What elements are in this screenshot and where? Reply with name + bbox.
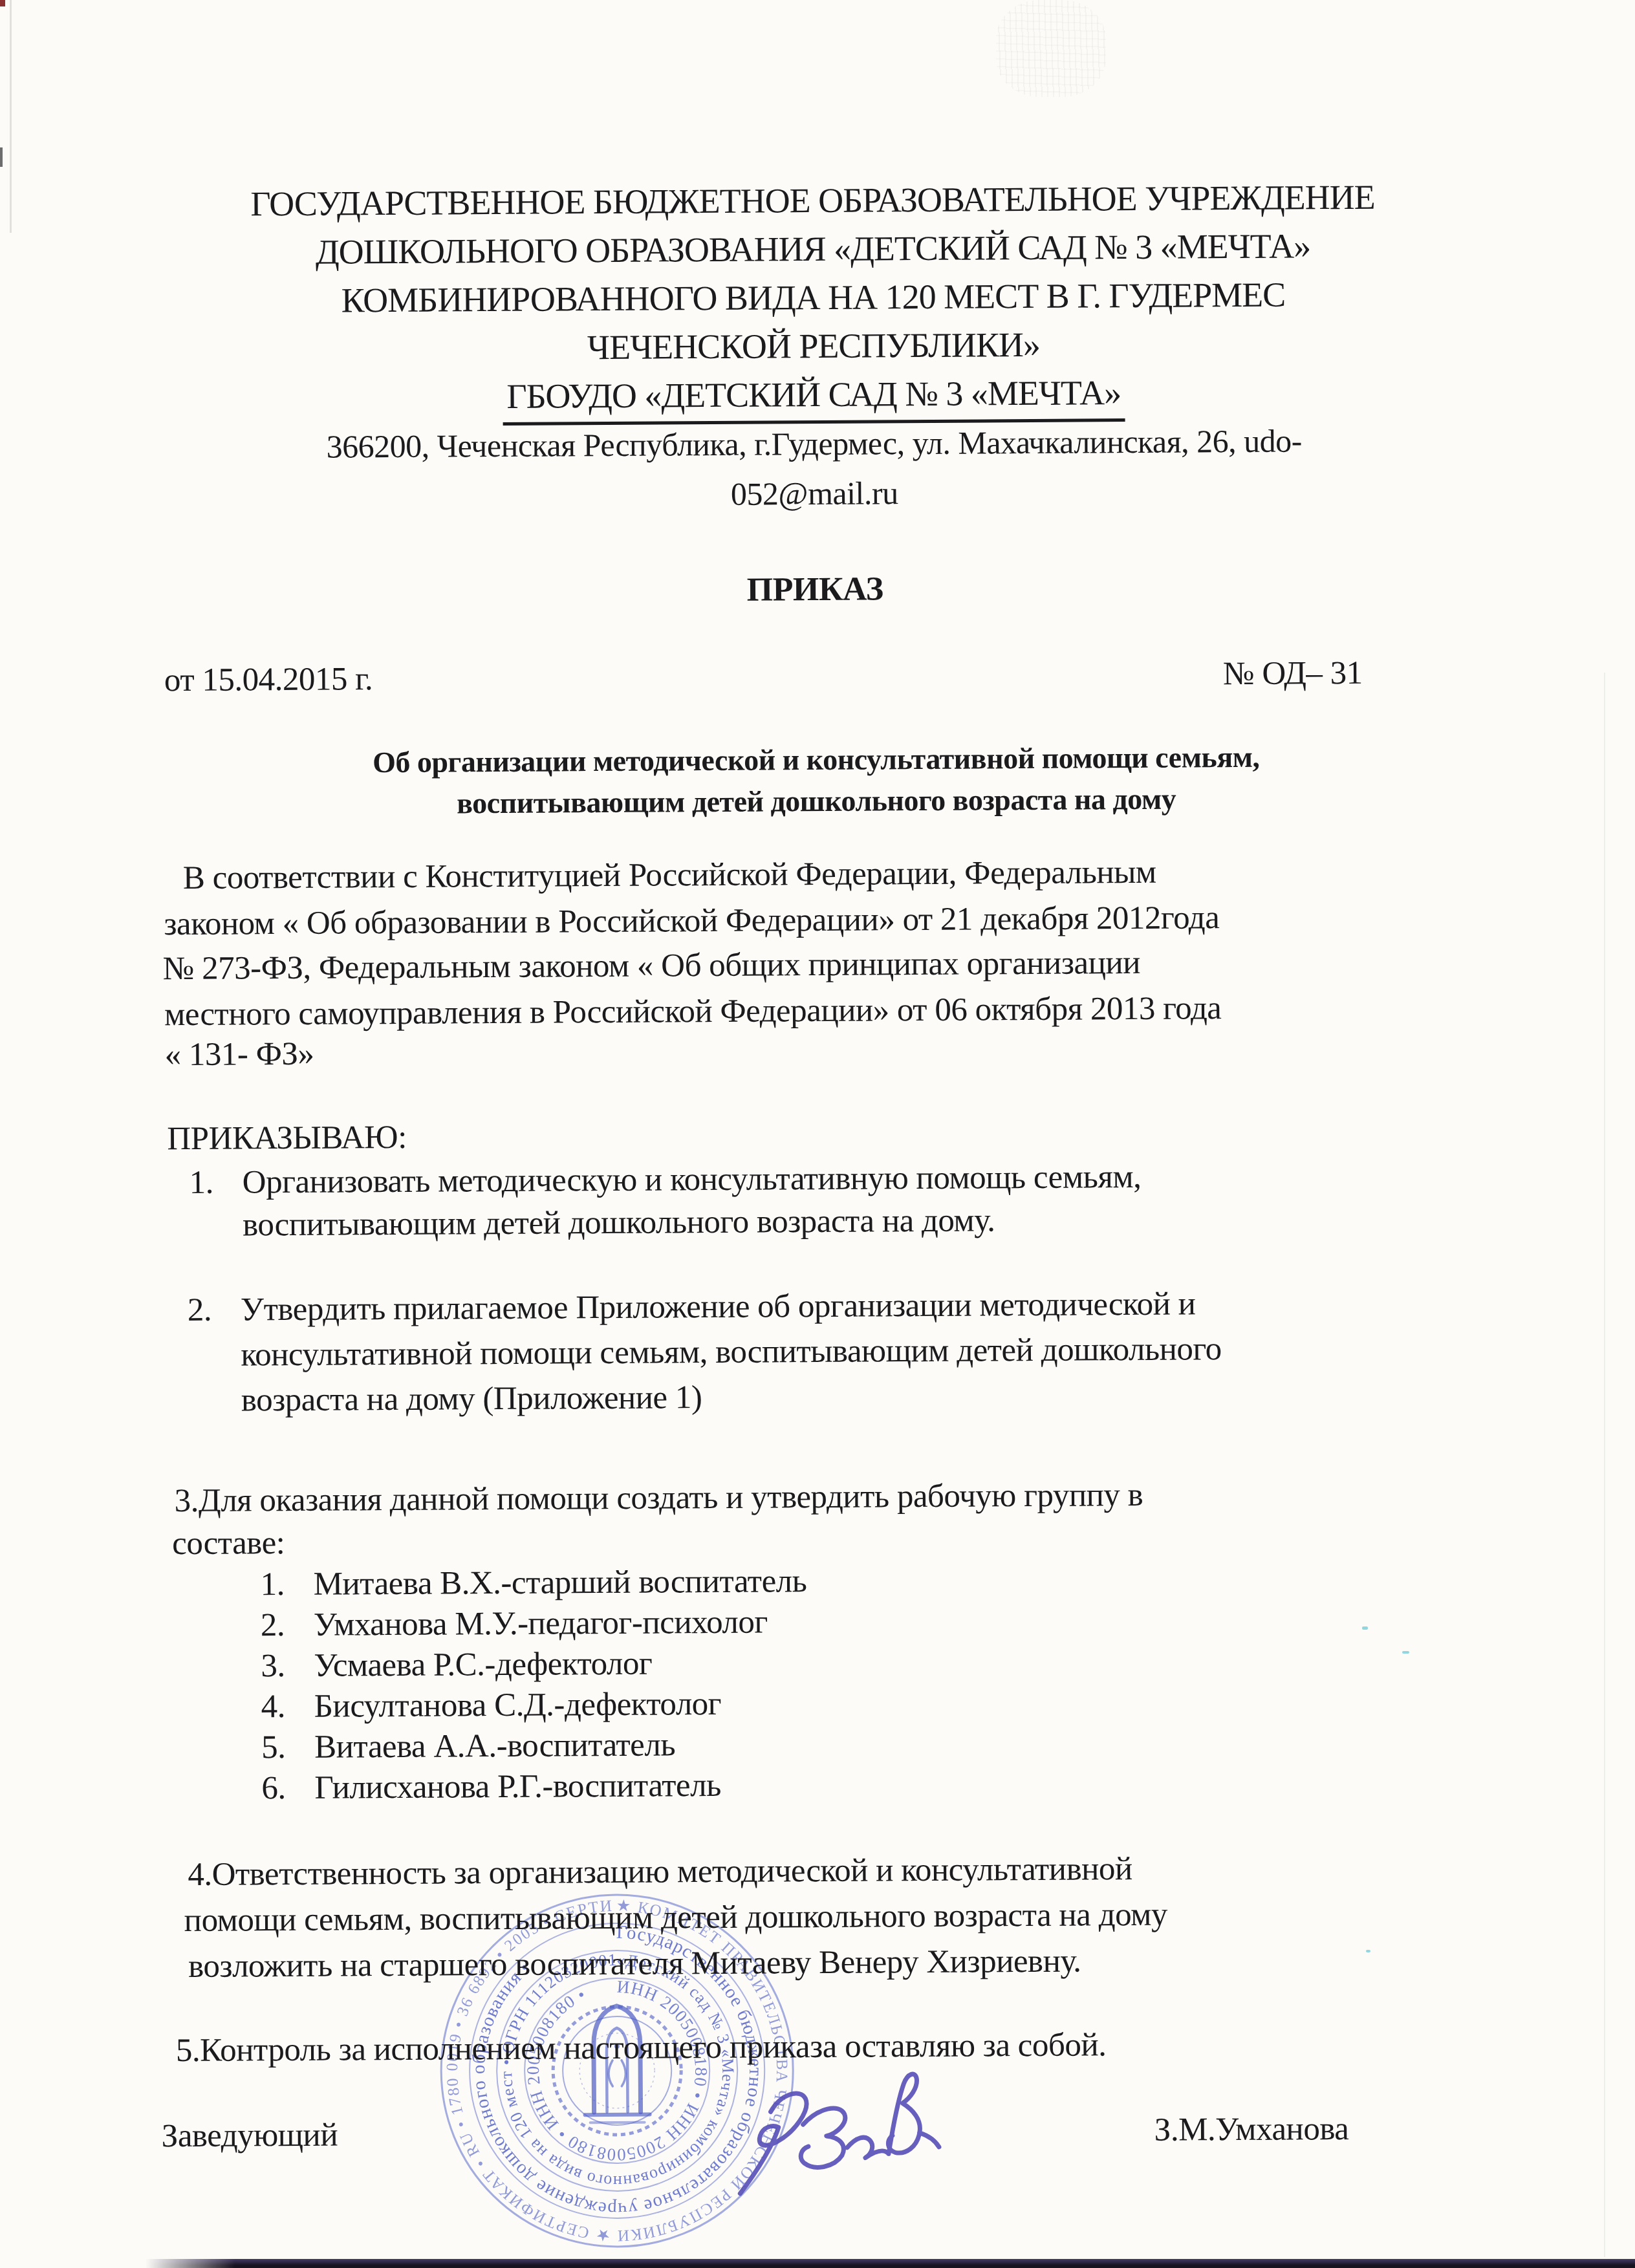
order-item-3: 3.Для оказания данной помощи создать и у… xyxy=(175,1479,1143,1518)
scan-left-edge-line xyxy=(10,0,12,233)
scan-left-edge-tick xyxy=(0,147,3,167)
scan-corner-mark xyxy=(0,0,5,6)
member-row-3: 3.Усмаева Р.С.-дефектолог xyxy=(261,1648,652,1683)
org-name-line-1: ГОСУДАРСТВЕННОЕ БЮДЖЕТНОЕ ОБРАЗОВАТЕЛЬНО… xyxy=(98,178,1527,222)
intro-line-5: « 131- ФЗ» xyxy=(164,1038,314,1072)
order-item-3-line-2: составе: xyxy=(172,1527,285,1561)
signer-role: Заведующий xyxy=(162,2119,338,2154)
org-name-line-4: ЧЕЧЕНСКОЙ РЕСПУБЛИКИ» xyxy=(99,324,1528,367)
decree-word: ПРИКАЗЫВАЮ: xyxy=(167,1121,407,1156)
scan-bottom-edge xyxy=(146,2259,1635,2268)
org-short-name: ГБОУДО «ДЕТСКИЙ САД № 3 «МЕЧТА» xyxy=(99,373,1528,416)
order-item-4-line-3: возложить на старшего воспитателя Митаев… xyxy=(188,1945,1081,1983)
org-address-line-1: 366200, Чеченская Республика, г.Гудермес… xyxy=(100,423,1529,464)
member-row-2: 2.Умханова М.У.-педагог-психолог xyxy=(261,1606,768,1642)
member-row-6: 6.Гилисханова Р.Г.-воспитатель xyxy=(261,1769,721,1805)
document-page: ГОСУДАРСТВЕННОЕ БЮДЖЕТНОЕ ОБРАЗОВАТЕЛЬНО… xyxy=(0,0,1635,2268)
order-item-2-line-2: консультативной помощи семьям, воспитыва… xyxy=(241,1333,1222,1372)
document-title: ПРИКАЗ xyxy=(100,568,1530,610)
member-row-5: 5.Витаева А.А.-воспитатель xyxy=(261,1729,675,1764)
order-item-5: 5.Контроль за исполнением настоящего при… xyxy=(176,2029,1107,2068)
member-row-1: 1.Митаева В.Х.-старший воспитатель xyxy=(260,1565,807,1601)
document-date: от 15.04.2015 г. xyxy=(164,663,373,697)
signer-name: З.М.Умханова xyxy=(1154,2113,1349,2147)
signature-ink xyxy=(724,2059,951,2209)
scan-ghost-noise xyxy=(996,0,1106,97)
org-name-line-3: КОМБИНИРОВАННОГО ВИДА НА 120 МЕСТ В Г. Г… xyxy=(98,275,1528,319)
order-item-4-line-2: помощи семьям, воспитывающим детей дошко… xyxy=(184,1899,1167,1938)
subject-line-2: воспитывающим детей дошкольного возраста… xyxy=(102,782,1531,820)
document-number: № ОД– 31 xyxy=(1223,657,1363,691)
ink-speck xyxy=(1362,1626,1368,1630)
order-item-2-line-3: возраста на дому (Приложение 1) xyxy=(241,1381,702,1417)
member-row-4: 4.Бисултанова С.Д.-дефектолог xyxy=(261,1688,722,1723)
order-item-1: 1.Организовать методическую и консультат… xyxy=(189,1161,1142,1200)
scan-right-edge-line xyxy=(1604,673,1605,2257)
org-address-line-2: 052@mail.ru xyxy=(100,473,1529,513)
org-name-line-2: ДОШКОЛЬНОГО ОБРАЗОВАНИЯ «ДЕТСКИЙ САД № 3… xyxy=(98,227,1528,270)
ink-speck xyxy=(1402,1651,1409,1654)
order-item-4: 4.Ответственность за организацию методич… xyxy=(188,1853,1132,1892)
order-item-1-line-2: воспитывающим детей дошкольного возраста… xyxy=(243,1204,995,1242)
intro-line-3: № 273-ФЗ, Федеральным законом « Об общих… xyxy=(163,947,1141,986)
intro-line-2: законом « Об образовании в Российской Фе… xyxy=(164,902,1219,941)
order-item-2: 2.Утвердить прилагаемое Приложение об ор… xyxy=(188,1288,1196,1327)
intro-line-4: местного самоуправления в Российской Фед… xyxy=(164,992,1222,1031)
subject-line-1: Об организации методической и консультат… xyxy=(102,740,1531,779)
intro-line-1: В соответствии с Конституцией Российской… xyxy=(183,856,1156,895)
ink-speck xyxy=(1366,1950,1370,1952)
